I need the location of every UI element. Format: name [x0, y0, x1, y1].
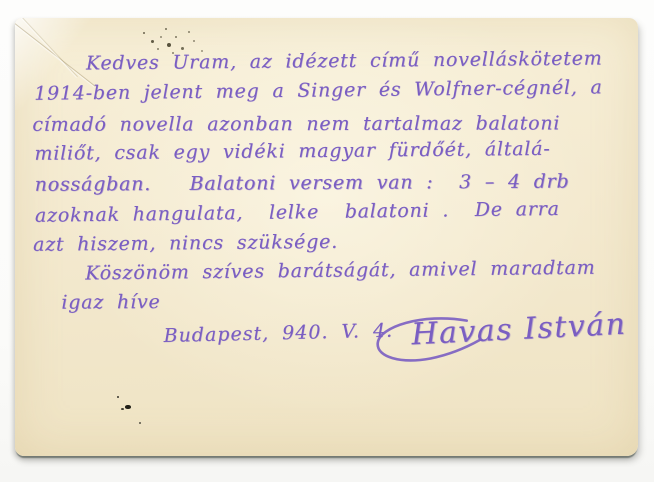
handwritten-line: nosságban. Balatoni versem van : 3 – 4 d…: [35, 171, 570, 196]
handwritten-line: Kedves Uram, az idézett című novellásköt…: [86, 48, 603, 75]
handwritten-line: címadó novella azonban nem tartalmaz bal…: [32, 112, 560, 135]
postcard-paper: Kedves Uram, az idézett című novellásköt…: [15, 18, 638, 456]
handwritten-line: azt hiszem, nincs szüksége.: [33, 231, 338, 256]
scanned-postcard-image: Kedves Uram, az idézett című novellásköt…: [0, 0, 654, 482]
handwritten-line: miliőt, csak egy vidéki magyar fürdőét, …: [34, 138, 550, 165]
handwritten-line: Köszönöm szíves barátságát, amivel marad…: [85, 257, 596, 285]
handwritten-line: 1914-ben jelent meg a Singer és Wolfner-…: [34, 76, 603, 104]
signature: Havas István: [370, 295, 633, 382]
handwritten-line: igaz híve: [61, 291, 160, 314]
handwritten-message: Kedves Uram, az idézett című novellásköt…: [14, 16, 640, 458]
date-line: Budapest, 940. V. 4.: [163, 320, 393, 347]
handwritten-line: azoknak hangulata, lelke balatoni . De a…: [35, 198, 560, 227]
